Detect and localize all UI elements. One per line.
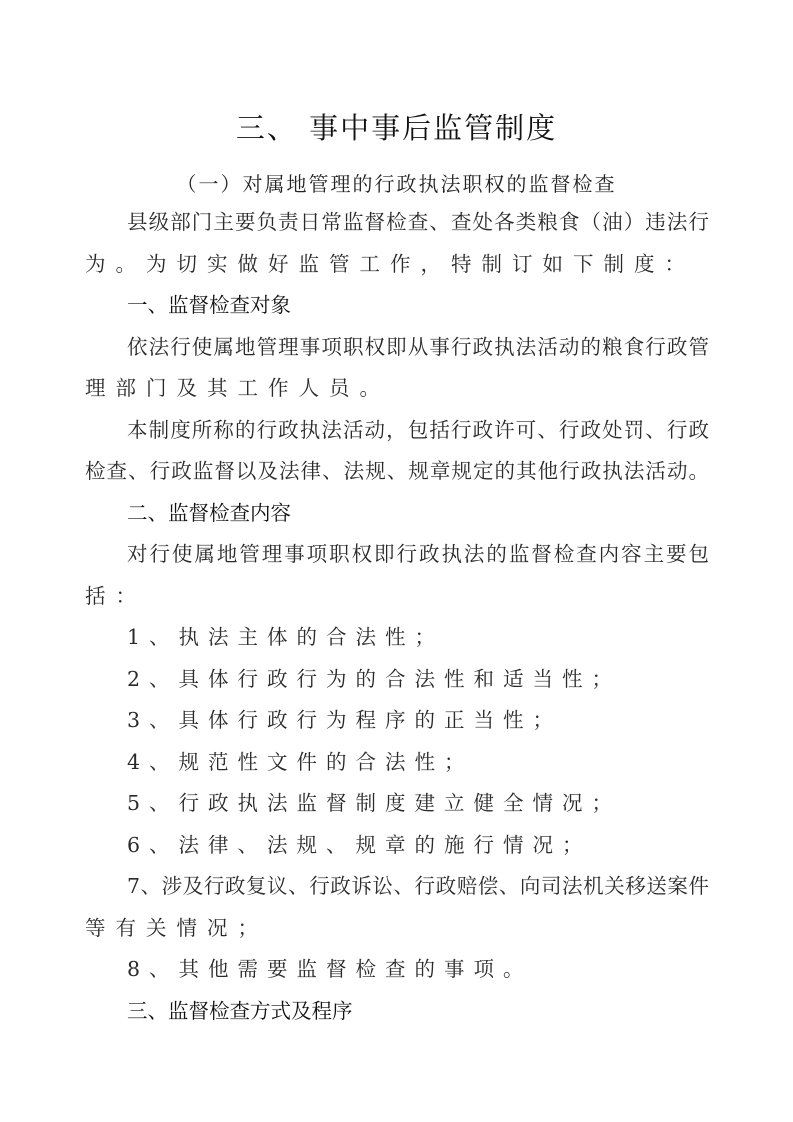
list-item-2: 2、具体行政行为的合法性和适当性； [85,659,709,701]
intro-line-2: 为。为切实做好监管工作，特制订如下制度： [85,244,709,286]
list-item-7-continuation: 等有关情况； [85,908,709,950]
section-heading-methods: 三、监督检查方式及程序 [85,991,709,1033]
section-heading-objects: 一、监督检查对象 [85,285,709,327]
list-item-7: 7、涉及行政复议、行政诉讼、行政赔偿、向司法机关移送案件 [85,866,709,908]
document-body: 县级部门主要负责日常监督检查、查处各类粮食（油）违法行 为。为切实做好监管工作，… [85,202,709,1032]
list-item-4: 4、规范性文件的合法性； [85,742,709,784]
intro-line-1: 县级部门主要负责日常监督检查、查处各类粮食（油）违法行 [85,202,709,244]
section1-para1-line1: 依法行使属地管理事项职权即从事行政执法活动的粮食行政管 [85,327,709,369]
section2-intro-line1: 对行使属地管理事项职权即行政执法的监督检查内容主要包 [85,534,709,576]
section1-para2-line1: 本制度所称的行政执法活动，包括行政许可、行政处罚、行政 [85,410,709,452]
section1-para1-line2: 理部门及其工作人员。 [85,368,709,410]
document-title: 三、 事中事后监管制度 [0,110,793,146]
list-item-8: 8、其他需要监督检查的事项。 [85,949,709,991]
document-page: 三、 事中事后监管制度 （一）对属地管理的行政执法职权的监督检查 县级部门主要负… [0,0,793,1122]
list-item-3: 3、具体行政行为程序的正当性； [85,700,709,742]
list-item-6: 6、法律、法规、规章的施行情况； [85,825,709,867]
list-item-1: 1、执法主体的合法性； [85,617,709,659]
section1-para2-line2: 检查、行政监督以及法律、法规、规章规定的其他行政执法活动。 [85,451,709,493]
section-heading-contents: 二、监督检查内容 [85,493,709,535]
document-subtitle: （一）对属地管理的行政执法职权的监督检查 [0,170,793,198]
list-item-5: 5、行政执法监督制度建立健全情况； [85,783,709,825]
section2-intro-line2: 括： [85,576,709,618]
